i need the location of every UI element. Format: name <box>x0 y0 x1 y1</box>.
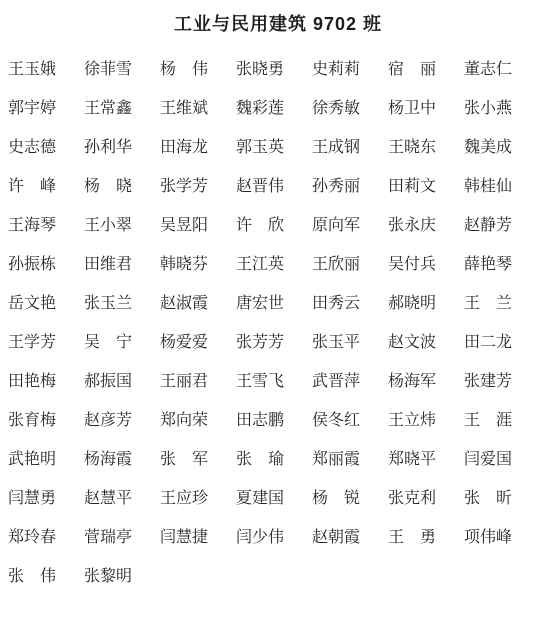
student-name: 原向军 <box>312 217 360 234</box>
student-name: 郝晓明 <box>388 295 436 312</box>
name-character: 峰 <box>40 178 56 195</box>
student-name: 韩桂仙 <box>464 178 512 195</box>
student-name: 孙振栋 <box>8 256 56 273</box>
student-name: 徐菲雪 <box>84 61 132 78</box>
student-name: 张玉平 <box>312 334 360 351</box>
student-name: 韩晓芬 <box>160 256 208 273</box>
name-character: 伟 <box>40 568 56 585</box>
student-name: 杨爱爱 <box>160 334 208 351</box>
student-name: 闫爱国 <box>464 451 512 468</box>
student-name: 董志仁 <box>464 61 512 78</box>
name-character: 晓 <box>116 178 132 195</box>
student-name: 王兰 <box>464 295 512 312</box>
name-character: 昕 <box>496 490 512 507</box>
name-character: 军 <box>192 451 208 468</box>
student-name: 张晓勇 <box>236 61 284 78</box>
name-character: 兰 <box>496 295 512 312</box>
student-name: 杨卫中 <box>388 100 436 117</box>
student-name: 王小翠 <box>84 217 132 234</box>
student-name: 张瑜 <box>236 451 284 468</box>
name-grid: 王玉娥徐菲雪杨伟张晓勇史莉莉宿丽董志仁郭宇婷王常鑫王维斌魏彩莲徐秀敏杨卫中张小燕… <box>8 61 548 585</box>
student-name: 闫少伟 <box>236 529 284 546</box>
student-name: 岳文艳 <box>8 295 56 312</box>
name-character: 丽 <box>420 61 436 78</box>
roster-row: 王海琴王小翠吴昱阳许欣原向军张永庆赵静芳 <box>8 217 548 234</box>
student-name: 田维君 <box>84 256 132 273</box>
name-character: 伟 <box>192 61 208 78</box>
student-name: 张黎明 <box>84 568 132 585</box>
student-name: 田志鹏 <box>236 412 284 429</box>
page-title: 工业与民用建筑 9702 班 <box>8 12 548 36</box>
student-name: 杨海军 <box>388 373 436 390</box>
student-name: 闫慧捷 <box>160 529 208 546</box>
student-name: 王涯 <box>464 412 512 429</box>
student-name: 张育梅 <box>8 412 56 429</box>
student-name: 郑玲春 <box>8 529 56 546</box>
student-name: 王应珍 <box>160 490 208 507</box>
student-name: 田二龙 <box>464 334 512 351</box>
student-name: 田艳梅 <box>8 373 56 390</box>
student-name: 王晓东 <box>388 139 436 156</box>
roster-row: 郑玲春菅瑞亭闫慧捷闫少伟赵朝霞王勇项伟峰 <box>8 529 548 546</box>
name-character: 张 <box>8 568 24 585</box>
name-character: 张 <box>160 451 176 468</box>
name-character: 张 <box>236 451 252 468</box>
roster-row: 田艳梅郝振国王丽君王雪飞武晋萍杨海军张建芳 <box>8 373 548 390</box>
student-name: 郑向荣 <box>160 412 208 429</box>
name-character: 杨 <box>312 490 328 507</box>
student-name: 杨海霞 <box>84 451 132 468</box>
student-name: 魏彩莲 <box>236 100 284 117</box>
student-name: 田秀云 <box>312 295 360 312</box>
student-name: 张小燕 <box>464 100 512 117</box>
student-name: 唐宏世 <box>236 295 284 312</box>
student-name: 张建芳 <box>464 373 512 390</box>
roster-row: 张伟张黎明 <box>8 568 548 585</box>
name-character: 王 <box>388 529 404 546</box>
roster-row: 王学芳吴宁杨爱爱张芳芳张玉平赵文波田二龙 <box>8 334 548 351</box>
student-name: 菅瑞亭 <box>84 529 132 546</box>
student-name: 郭宇婷 <box>8 100 56 117</box>
student-name: 杨晓 <box>84 178 132 195</box>
student-name: 赵晋伟 <box>236 178 284 195</box>
student-name: 宿丽 <box>388 61 436 78</box>
student-name: 赵朝霞 <box>312 529 360 546</box>
student-name: 王成钢 <box>312 139 360 156</box>
name-character: 王 <box>464 295 480 312</box>
student-name: 张克利 <box>388 490 436 507</box>
roster-row: 孙振栋田维君韩晓芬王江英王欣丽吴付兵薛艳琴 <box>8 256 548 273</box>
student-name: 史莉莉 <box>312 61 360 78</box>
student-name: 王常鑫 <box>84 100 132 117</box>
student-name: 赵静芳 <box>464 217 512 234</box>
name-character: 宿 <box>388 61 404 78</box>
roster-row: 王玉娥徐菲雪杨伟张晓勇史莉莉宿丽董志仁 <box>8 61 548 78</box>
student-name: 王丽君 <box>160 373 208 390</box>
student-name: 张玉兰 <box>84 295 132 312</box>
name-character: 许 <box>8 178 24 195</box>
student-name: 吴昱阳 <box>160 217 208 234</box>
student-name: 杨锐 <box>312 490 360 507</box>
student-name: 王海琴 <box>8 217 56 234</box>
name-character: 杨 <box>84 178 100 195</box>
student-name: 郑晓平 <box>388 451 436 468</box>
student-name: 项伟峰 <box>464 529 512 546</box>
student-name: 王立炜 <box>388 412 436 429</box>
student-name: 孙利华 <box>84 139 132 156</box>
student-name: 夏建国 <box>236 490 284 507</box>
student-name: 史志德 <box>8 139 56 156</box>
name-character: 吴 <box>84 334 100 351</box>
student-name: 武晋萍 <box>312 373 360 390</box>
name-character: 许 <box>236 217 252 234</box>
student-name: 王雪飞 <box>236 373 284 390</box>
name-character: 锐 <box>344 490 360 507</box>
student-name: 张伟 <box>8 568 56 585</box>
student-name: 吴付兵 <box>388 256 436 273</box>
student-name: 闫慧勇 <box>8 490 56 507</box>
student-name: 许欣 <box>236 217 284 234</box>
roster-row: 史志德孙利华田海龙郭玉英王成钢王晓东魏美成 <box>8 139 548 156</box>
student-name: 田莉文 <box>388 178 436 195</box>
student-name: 郭玉英 <box>236 139 284 156</box>
roster-row: 许峰杨晓张学芳赵晋伟孙秀丽田莉文韩桂仙 <box>8 178 548 195</box>
roster-row: 武艳明杨海霞张军张瑜郑丽霞郑晓平闫爱国 <box>8 451 548 468</box>
student-name: 赵文波 <box>388 334 436 351</box>
student-name: 许峰 <box>8 178 56 195</box>
student-name: 杨伟 <box>160 61 208 78</box>
student-name: 郝振国 <box>84 373 132 390</box>
student-name: 赵彦芳 <box>84 412 132 429</box>
name-character: 杨 <box>160 61 176 78</box>
student-name: 徐秀敏 <box>312 100 360 117</box>
student-name: 张永庆 <box>388 217 436 234</box>
student-name: 田海龙 <box>160 139 208 156</box>
student-name: 张芳芳 <box>236 334 284 351</box>
roster-row: 郭宇婷王常鑫王维斌魏彩莲徐秀敏杨卫中张小燕 <box>8 100 548 117</box>
student-name: 王学芳 <box>8 334 56 351</box>
roster-row: 张育梅赵彦芳郑向荣田志鹏侯冬红王立炜王涯 <box>8 412 548 429</box>
student-name: 王玉娥 <box>8 61 56 78</box>
student-name: 侯冬红 <box>312 412 360 429</box>
name-character: 涯 <box>496 412 512 429</box>
student-name: 赵慧平 <box>84 490 132 507</box>
student-name: 吴宁 <box>84 334 132 351</box>
student-name: 王维斌 <box>160 100 208 117</box>
name-character: 张 <box>464 490 480 507</box>
student-name: 张军 <box>160 451 208 468</box>
name-character: 勇 <box>420 529 436 546</box>
student-name: 张昕 <box>464 490 512 507</box>
student-name: 孙秀丽 <box>312 178 360 195</box>
student-name: 张学芳 <box>160 178 208 195</box>
student-name: 赵淑霞 <box>160 295 208 312</box>
student-name: 王江英 <box>236 256 284 273</box>
class-roster-document: 工业与民用建筑 9702 班 王玉娥徐菲雪杨伟张晓勇史莉莉宿丽董志仁郭宇婷王常鑫… <box>0 0 554 617</box>
roster-row: 岳文艳张玉兰赵淑霞唐宏世田秀云郝晓明王兰 <box>8 295 548 312</box>
student-name: 王勇 <box>388 529 436 546</box>
student-name: 薛艳琴 <box>464 256 512 273</box>
name-character: 王 <box>464 412 480 429</box>
student-name: 王欣丽 <box>312 256 360 273</box>
name-character: 瑜 <box>268 451 284 468</box>
name-character: 欣 <box>268 217 284 234</box>
name-character: 宁 <box>116 334 132 351</box>
student-name: 武艳明 <box>8 451 56 468</box>
student-name: 郑丽霞 <box>312 451 360 468</box>
student-name: 魏美成 <box>464 139 512 156</box>
roster-row: 闫慧勇赵慧平王应珍夏建国杨锐张克利张昕 <box>8 490 548 507</box>
